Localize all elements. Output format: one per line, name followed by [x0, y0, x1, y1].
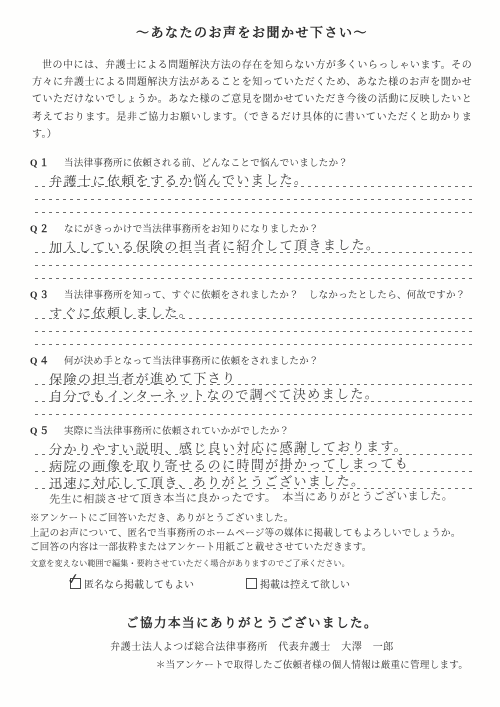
- answer-line: 病院の画像を取り寄せるのに時間が掛かってしまっても: [35, 455, 472, 472]
- answer-line: 保険の担当者が進めて下さり: [35, 368, 472, 385]
- question-5-text: 実際に当法律事務所に依頼されていかがでしたか？: [64, 423, 289, 437]
- answer-line-empty: [35, 319, 472, 332]
- consent-choices: ✓ 匿名なら掲載してもよい 掲載は控えて欲しい: [70, 576, 474, 591]
- page-title: ～あなたのお声をお聞かせ下さい～: [30, 22, 474, 41]
- privacy-note: ＊当アンケートで取得したご依頼者様の個人情報は厳重に管理します。: [90, 657, 500, 671]
- question-2: Q２ なにがきっかけで当法律事務所をお知りになりましたか？ 加入している保険の担…: [30, 221, 474, 279]
- question-1: Q１ 当法律事務所に依頼される前、どんなことで悩んでいましたか？ 弁護士に依頼を…: [30, 155, 474, 213]
- checkbox-decline-publish[interactable]: [246, 578, 257, 589]
- law-office-signature: 弁護士法人よつば総合法律事務所 代表弁護士 大澤 一郎: [30, 638, 474, 653]
- consent-section: ※アンケートにご回答いただき、ありがとうございました。 上記のお声について、匿名…: [30, 512, 474, 591]
- answer-line: すぐに依頼しました。: [35, 302, 472, 319]
- choice-decline-publish[interactable]: 掲載は控えて欲しい: [246, 576, 350, 591]
- answer-line: 自分でもインターネットなので調べて決めました。: [35, 385, 472, 402]
- handwritten-answer: 先生に相談させて頂き本当に良かったです。 本当にありがとうございました。: [49, 487, 453, 507]
- excerpt-note: ご回答の内容は一部抜粋またはアンケート用紙ごと載せさせていただきます。: [30, 541, 474, 556]
- question-5: Q５ 実際に当法律事務所に依頼されていかがでしたか？ 分かりやすい説明、感じ良い…: [30, 423, 474, 504]
- survey-thanks-note: ※アンケートにご回答いただき、ありがとうございました。: [30, 512, 474, 527]
- question-4-text: 何が決め手となって当法律事務所に依頼をされましたか？: [64, 353, 319, 367]
- question-1-label: Q１: [30, 155, 64, 169]
- answer-line-empty: [35, 266, 472, 279]
- answer-overflow-line: 先生に相談させて頂き本当に良かったです。 本当にありがとうございました。: [35, 489, 472, 504]
- publish-permission-question: 上記のお声について、匿名で当事務所のホームページ等の媒体に掲載してもよろしいでし…: [30, 527, 474, 542]
- answer-line-empty: [35, 253, 472, 266]
- choice-decline-label: 掲載は控えて欲しい: [260, 576, 350, 591]
- question-3-text: 当法律事務所を知って、すぐに依頼をされましたか？ しなかったとしたら、何故ですか…: [64, 287, 466, 301]
- answer-line-empty: [35, 332, 472, 345]
- question-4: Q４ 何が決め手となって当法律事務所に依頼をされましたか？ 保険の担当者が進めて…: [30, 353, 474, 415]
- answer-line: 迅速に対応して頂き、ありがとうございました。: [35, 472, 472, 489]
- question-2-label: Q２: [30, 221, 64, 235]
- question-4-label: Q４: [30, 353, 64, 367]
- edit-disclaimer: 文意を変えない範囲で編集・要約させていただく場合がありますのでご了承ください。: [30, 558, 474, 569]
- answer-line: 弁護士に依頼をするか悩んでいました。: [35, 170, 472, 187]
- answer-line-empty: [35, 402, 472, 415]
- answer-line: 加入している保険の担当者に紹介して頂きました。: [35, 236, 472, 253]
- choice-allow-label: 匿名なら掲載してもよい: [84, 576, 194, 591]
- answer-line-empty: [35, 200, 472, 213]
- question-3: Q３ 当法律事務所を知って、すぐに依頼をされましたか？ しなかったとしたら、何故…: [30, 287, 474, 345]
- handwritten-check-icon: ✓: [66, 569, 81, 589]
- choice-allow-anonymous[interactable]: ✓ 匿名なら掲載してもよい: [70, 576, 194, 591]
- answer-line-empty: [35, 187, 472, 200]
- intro-paragraph: 世の中には、弁護士による問題解決方法の存在を知らない方が多くいらっしゃいます。そ…: [32, 57, 472, 143]
- questionnaire-sheet: ～あなたのお声をお聞かせ下さい～ 世の中には、弁護士による問題解決方法の存在を知…: [0, 0, 500, 707]
- question-2-text: なにがきっかけで当法律事務所をお知りになりましたか？: [64, 221, 319, 235]
- question-3-label: Q３: [30, 287, 64, 301]
- question-5-label: Q５: [30, 423, 64, 437]
- question-1-text: 当法律事務所に依頼される前、どんなことで悩んでいましたか？: [64, 155, 348, 169]
- checkbox-allow-anonymous[interactable]: ✓: [70, 578, 81, 589]
- closing-thanks: ご協力本当にありがとうございました。: [30, 613, 474, 631]
